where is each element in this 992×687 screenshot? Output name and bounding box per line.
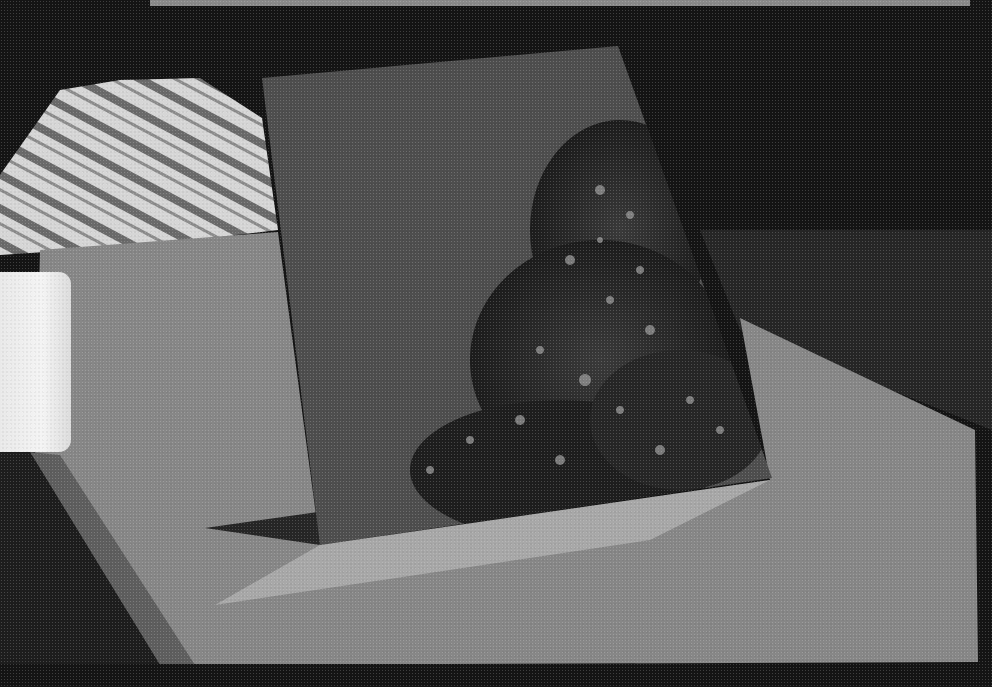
sprocket-hole: [0, 272, 71, 452]
film-top-edge: [150, 0, 970, 6]
scene: [0, 0, 992, 687]
film-frame: Black-and-white film frame: a tilted dar…: [0, 0, 992, 687]
film-bottom-edge: [0, 664, 992, 687]
